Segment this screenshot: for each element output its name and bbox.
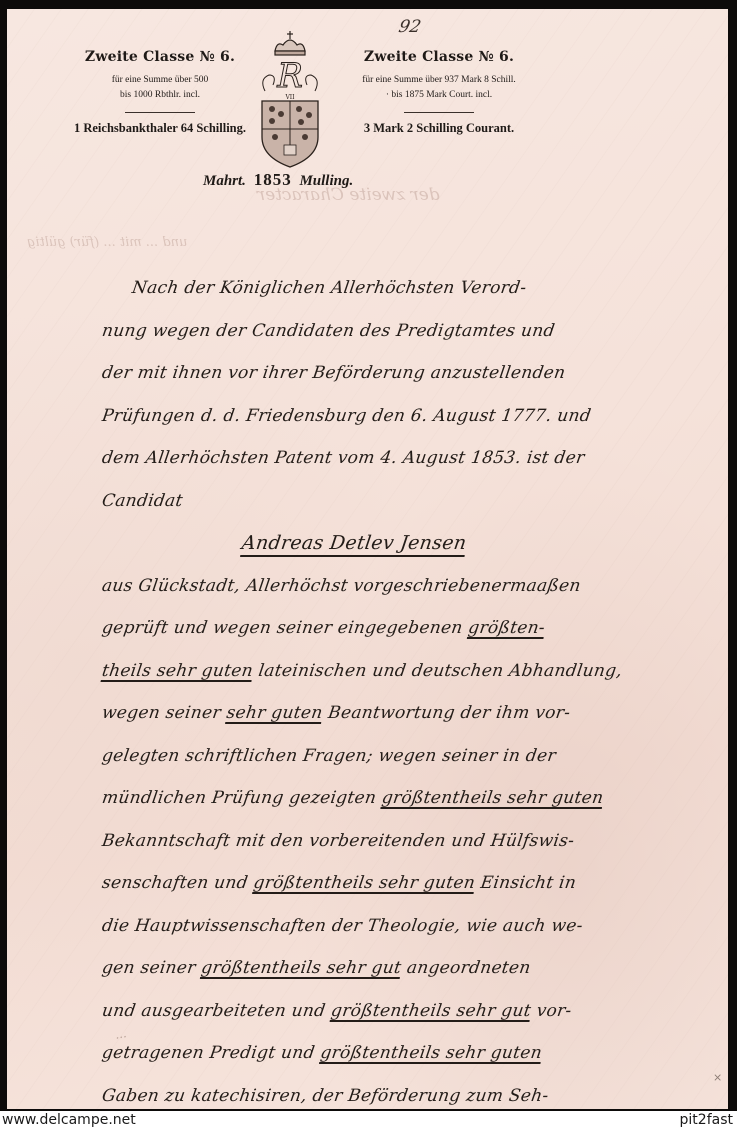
date-prefix: Mahrt.	[203, 173, 246, 189]
handwritten-certificate-text: Nach der Königlichen Allerhöchsten Veror…	[99, 267, 728, 1109]
divider	[404, 112, 474, 113]
range-line-left-2: bis 1000 Rbthlr. incl.	[55, 88, 265, 103]
underlined-grade: größtentheils sehr guten	[380, 788, 604, 808]
text-line: Candidat	[99, 480, 728, 523]
underlined-grade: größtentheils sehr gut	[200, 958, 403, 978]
divider	[125, 112, 195, 113]
text-line: theils sehr guten lateinischen und deuts…	[99, 650, 728, 693]
stamp-header-right: Zweite Classe № 6. für eine Summe über 9…	[329, 49, 549, 136]
text-line: mündlichen Prüfung gezeigten größtenthei…	[99, 777, 728, 820]
range-line-right-1: für eine Summe über 937 Mark 8 Schill.	[329, 73, 549, 88]
crown-shield-icon: R VII	[257, 29, 323, 169]
seller-watermark: pit2fast	[680, 1112, 733, 1128]
margin-note: ...	[114, 1026, 128, 1042]
class-title-left: Zweite Classe № 6.	[55, 49, 265, 65]
corner-mark: ×	[713, 1071, 722, 1084]
amount-right: 3 Mark 2 Schilling Courant.	[329, 121, 549, 136]
watermark-footer: www.delcampe.net pit2fast	[0, 1111, 737, 1131]
show-through-text: der zweite Character	[257, 185, 440, 205]
text-line: die Hauptwissenschaften der Theologie, w…	[99, 905, 728, 948]
underlined-grade: größtentheils sehr guten	[319, 1043, 543, 1063]
stamp-header-left: Zweite Classe № 6. für eine Summe über 5…	[55, 49, 265, 136]
amount-left: 1 Reichsbankthaler 64 Schilling.	[55, 121, 265, 136]
underlined-grade: größtentheils sehr guten	[252, 873, 476, 893]
royal-emblem: R VII	[257, 29, 323, 169]
underlined-grade: größtentheils sehr gut	[330, 1001, 533, 1021]
text-line: geprüft und wegen seiner eingegebenen gr…	[99, 607, 728, 650]
text-line: und ausgearbeiteten und größtentheils se…	[99, 990, 728, 1033]
range-line-right-2: · bis 1875 Mark Court. incl.	[329, 88, 549, 103]
text-line: aus Glückstadt, Allerhöchst vorgeschrieb…	[99, 565, 728, 608]
text-line: senschaften und größtentheils sehr guten…	[99, 862, 728, 905]
text-line: gen seiner größtentheils sehr gut angeor…	[99, 947, 728, 990]
text-line: gelegten schriftlichen Fragen; wegen sei…	[99, 735, 728, 778]
show-through-text: und ... mit ... (für) gültig	[27, 235, 187, 250]
text-line: Prüfungen d. d. Friedensburg den 6. Augu…	[99, 395, 728, 438]
underlined-grade: sehr guten	[225, 703, 324, 723]
candidate-name-line: Andreas Detlev Jensen	[99, 522, 728, 565]
underlined-grade: theils sehr guten	[101, 661, 255, 681]
folio-number: 92	[397, 17, 423, 37]
text-line: Gaben zu katechisiren, der Beförderung z…	[99, 1075, 728, 1110]
range-line-left-1: für eine Summe über 500	[55, 73, 265, 88]
text-line: getragenen Predigt und größtentheils seh…	[99, 1032, 728, 1075]
text-line: dem Allerhöchsten Patent vom 4. August 1…	[99, 437, 728, 480]
text-line: Bekanntschaft mit den vorbereitenden und…	[99, 820, 728, 863]
text-line: nung wegen der Candidaten des Predigtamt…	[99, 310, 728, 353]
svg-text:VII: VII	[284, 94, 295, 101]
text-line: wegen seiner sehr guten Beantwortung der…	[99, 692, 728, 735]
candidate-name: Andreas Detlev Jensen	[240, 532, 467, 554]
class-title-right: Zweite Classe № 6.	[329, 49, 549, 65]
site-watermark: www.delcampe.net	[2, 1112, 136, 1128]
text-line: der mit ihnen vor ihrer Beförderung anzu…	[99, 352, 728, 395]
text-line: Nach der Königlichen Allerhöchsten Veror…	[99, 267, 728, 310]
underlined-grade: größten-	[467, 618, 546, 638]
monogram: R	[276, 56, 303, 96]
document-page: 92 Zweite Classe № 6. für eine Summe übe…	[7, 9, 728, 1109]
